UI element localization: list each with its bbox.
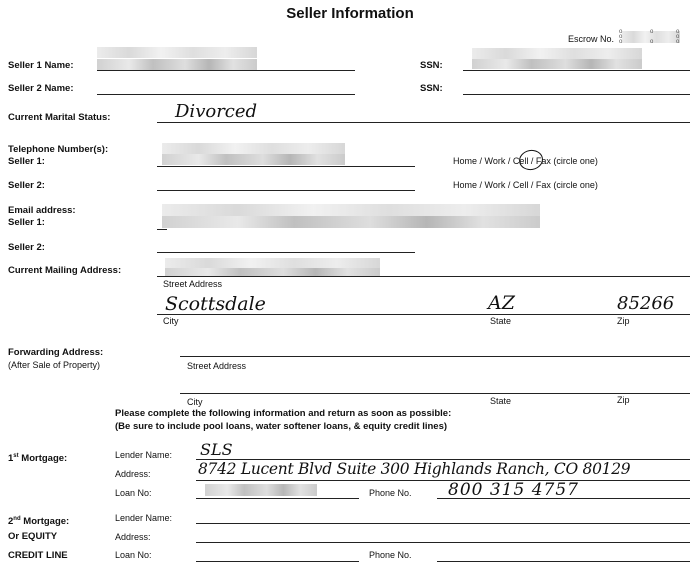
redaction-marker-icon: oo: [650, 30, 656, 45]
mailing-zip-value[interactable]: 85266: [617, 293, 674, 314]
seller2-ssn-label: SSN:: [420, 83, 443, 95]
mortgage1-loan-value-redacted[interactable]: [205, 484, 317, 496]
redaction-block: [162, 143, 345, 154]
forwarding-address-label: Forwarding Address:: [8, 347, 103, 359]
forwarding-street-field[interactable]: [180, 356, 690, 357]
mortgage1-phone-value[interactable]: 800 315 4757: [448, 480, 579, 500]
telephone-seller1-label: Seller 1:: [8, 156, 45, 168]
mortgage1-address-label: Address:: [115, 469, 151, 480]
marital-status-value[interactable]: Divorced: [175, 101, 257, 122]
mortgage2-label-sup: nd: [13, 516, 20, 522]
email-seller1-value-redacted[interactable]: [162, 216, 540, 228]
mortgage1-lender-label: Lender Name:: [115, 450, 172, 461]
marital-status-field[interactable]: [157, 122, 690, 123]
mortgage1-address-value[interactable]: 8742 Lucent Blvd Suite 300 Highlands Ran…: [198, 460, 630, 478]
email-seller2-label: Seller 2:: [8, 242, 45, 254]
email-seller2-field[interactable]: [157, 252, 415, 253]
email-heading: Email address:: [8, 205, 76, 217]
mailing-street-caption: Street Address: [163, 279, 222, 290]
seller2-name-field[interactable]: [97, 94, 355, 95]
escrow-label: Escrow No.: [568, 34, 614, 45]
mailing-state-caption: State: [490, 316, 511, 327]
redaction-block: [97, 47, 257, 58]
telephone-seller2-type: Home / Work / Cell / Fax (circle one): [453, 180, 598, 191]
instructions-line2: (Be sure to include pool loans, water so…: [115, 421, 447, 433]
cell-circled-mark-icon: [517, 148, 544, 172]
seller1-ssn-label: SSN:: [420, 60, 443, 72]
seller1-ssn-field[interactable]: [463, 70, 690, 71]
redaction-marker-icon: ooo: [676, 30, 682, 45]
redaction-block: [162, 204, 540, 216]
forwarding-street-caption: Street Address: [187, 361, 246, 372]
mailing-street-value-redacted[interactable]: [165, 268, 380, 276]
seller2-name-label: Seller 2 Name:: [8, 83, 73, 95]
mailing-city-value[interactable]: Scottsdale: [165, 293, 266, 315]
telephone-heading: Telephone Number(s):: [8, 144, 108, 156]
mortgage2-lender-label: Lender Name:: [115, 513, 172, 524]
forwarding-city-state-zip-field[interactable]: [180, 393, 690, 394]
redaction-block: [472, 48, 642, 59]
mortgage2-phone-field[interactable]: [437, 561, 690, 562]
mortgage1-loan-label: Loan No:: [115, 488, 152, 499]
mailing-city-state-zip-field[interactable]: [157, 314, 690, 315]
telephone-seller1-field[interactable]: [157, 166, 415, 167]
mortgage2-label-line2: Or EQUITY: [8, 531, 57, 543]
seller1-ssn-value-redacted[interactable]: [472, 59, 642, 69]
mortgage2-address-field[interactable]: [196, 542, 690, 543]
mortgage2-lender-field[interactable]: [196, 523, 690, 524]
mailing-city-caption: City: [163, 316, 179, 327]
mortgage1-phone-label: Phone No.: [369, 488, 412, 499]
forwarding-address-sublabel: (After Sale of Property): [8, 360, 100, 371]
telephone-seller1-value-redacted[interactable]: [162, 154, 345, 165]
seller2-ssn-field[interactable]: [463, 94, 690, 95]
forwarding-city-caption: City: [187, 397, 203, 408]
telephone-seller2-field[interactable]: [157, 190, 415, 191]
seller1-name-value-redacted[interactable]: [97, 59, 257, 70]
mortgage2-phone-label: Phone No.: [369, 550, 412, 561]
forwarding-state-caption: State: [490, 396, 511, 407]
mortgage1-label: 1st Mortgage:: [8, 450, 67, 465]
mailing-zip-caption: Zip: [617, 316, 630, 327]
mortgage2-address-label: Address:: [115, 532, 151, 543]
redaction-marker-icon: ooo: [619, 30, 625, 45]
mortgage1-phone-field[interactable]: [437, 498, 690, 499]
mortgage2-label-line3: CREDIT LINE: [8, 550, 68, 562]
marital-status-label: Current Marital Status:: [8, 112, 110, 124]
mortgage2-label: 2nd Mortgage:: [8, 513, 69, 528]
page-title: Seller Information: [0, 5, 700, 22]
redaction-block: [165, 258, 380, 268]
mortgage1-label-text: Mortgage:: [19, 453, 68, 464]
email-seller1-label: Seller 1:: [8, 217, 45, 229]
mortgage2-loan-field[interactable]: [196, 561, 359, 562]
mortgage1-address-field[interactable]: [196, 480, 690, 481]
mailing-state-value[interactable]: AZ: [488, 292, 515, 314]
mortgage1-lender-value[interactable]: SLS: [200, 440, 233, 459]
seller1-name-label: Seller 1 Name:: [8, 60, 73, 72]
mailing-address-label: Current Mailing Address:: [8, 265, 121, 277]
seller1-name-field[interactable]: [97, 70, 355, 71]
email-field-line-fragment: [157, 229, 167, 230]
mortgage2-loan-label: Loan No:: [115, 550, 152, 561]
mailing-street-field[interactable]: [157, 276, 690, 277]
forwarding-zip-caption: Zip: [617, 395, 630, 406]
mortgage1-loan-field[interactable]: [196, 498, 359, 499]
telephone-seller2-label: Seller 2:: [8, 180, 45, 192]
mortgage2-label-text: Mortgage:: [21, 516, 70, 527]
instructions-line1: Please complete the following informatio…: [115, 408, 451, 420]
